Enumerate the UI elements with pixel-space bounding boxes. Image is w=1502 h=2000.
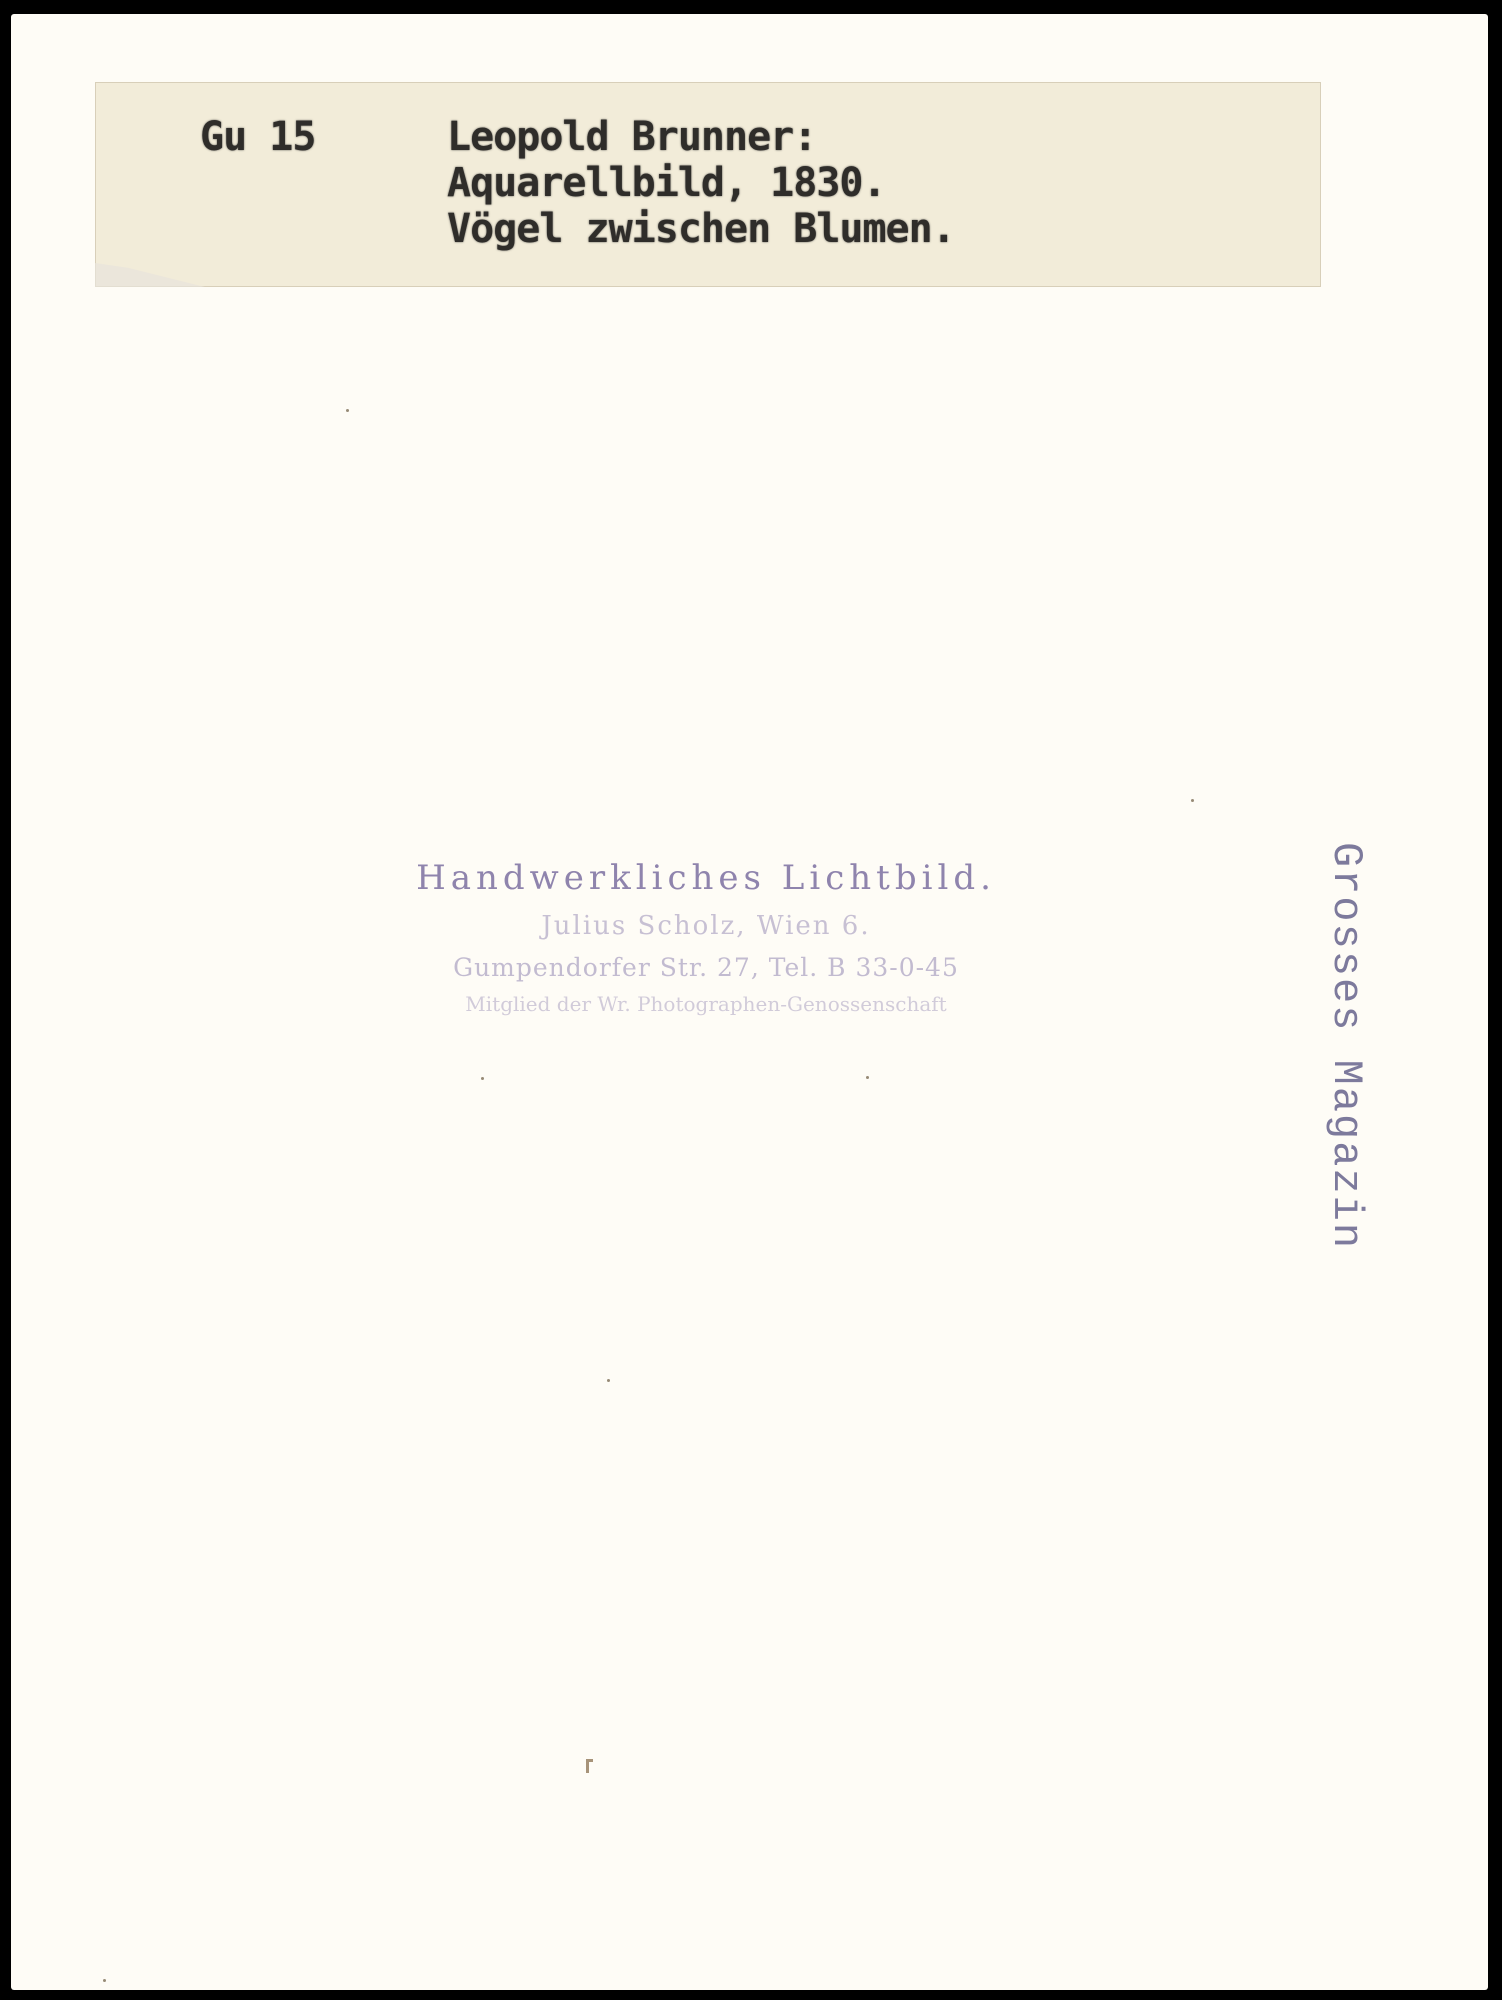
- paper-speck: [103, 1979, 106, 1982]
- paper-speck: [346, 409, 349, 412]
- typed-label-strip: Gu 15 Leopold Brunner: Aquarellbild, 183…: [95, 82, 1321, 287]
- caption-medium-year: Aquarellbild, 1830.: [447, 160, 955, 206]
- caption-block: Leopold Brunner: Aquarellbild, 1830. Vög…: [447, 114, 955, 252]
- photo-card-back: Gu 15 Leopold Brunner: Aquarellbild, 183…: [11, 14, 1488, 1990]
- paper-speck: [1191, 799, 1194, 802]
- side-stamp-grosses-magazin: Grosses Magazin: [1324, 842, 1368, 1402]
- stamp-line-heading: Handwerkliches Lichtbild.: [411, 852, 1001, 904]
- ink-blemish-mark: [586, 1759, 589, 1773]
- paper-speck: [481, 1077, 484, 1080]
- stamp-line-membership: Mitglied der Wr. Photographen-Genossensc…: [411, 988, 1001, 1020]
- stamp-line-address: Gumpendorfer Str. 27, Tel. B 33-0-45: [411, 948, 1001, 988]
- photographer-stamp: Handwerkliches Lichtbild. Julius Scholz,…: [411, 852, 1001, 1020]
- caption-title: Vögel zwischen Blumen.: [447, 206, 955, 252]
- caption-artist: Leopold Brunner:: [447, 114, 955, 160]
- paper-speck: [866, 1076, 869, 1079]
- stamp-line-name: Julius Scholz, Wien 6.: [411, 904, 1001, 948]
- paper-speck: [607, 1379, 610, 1382]
- catalog-number: Gu 15: [200, 114, 315, 160]
